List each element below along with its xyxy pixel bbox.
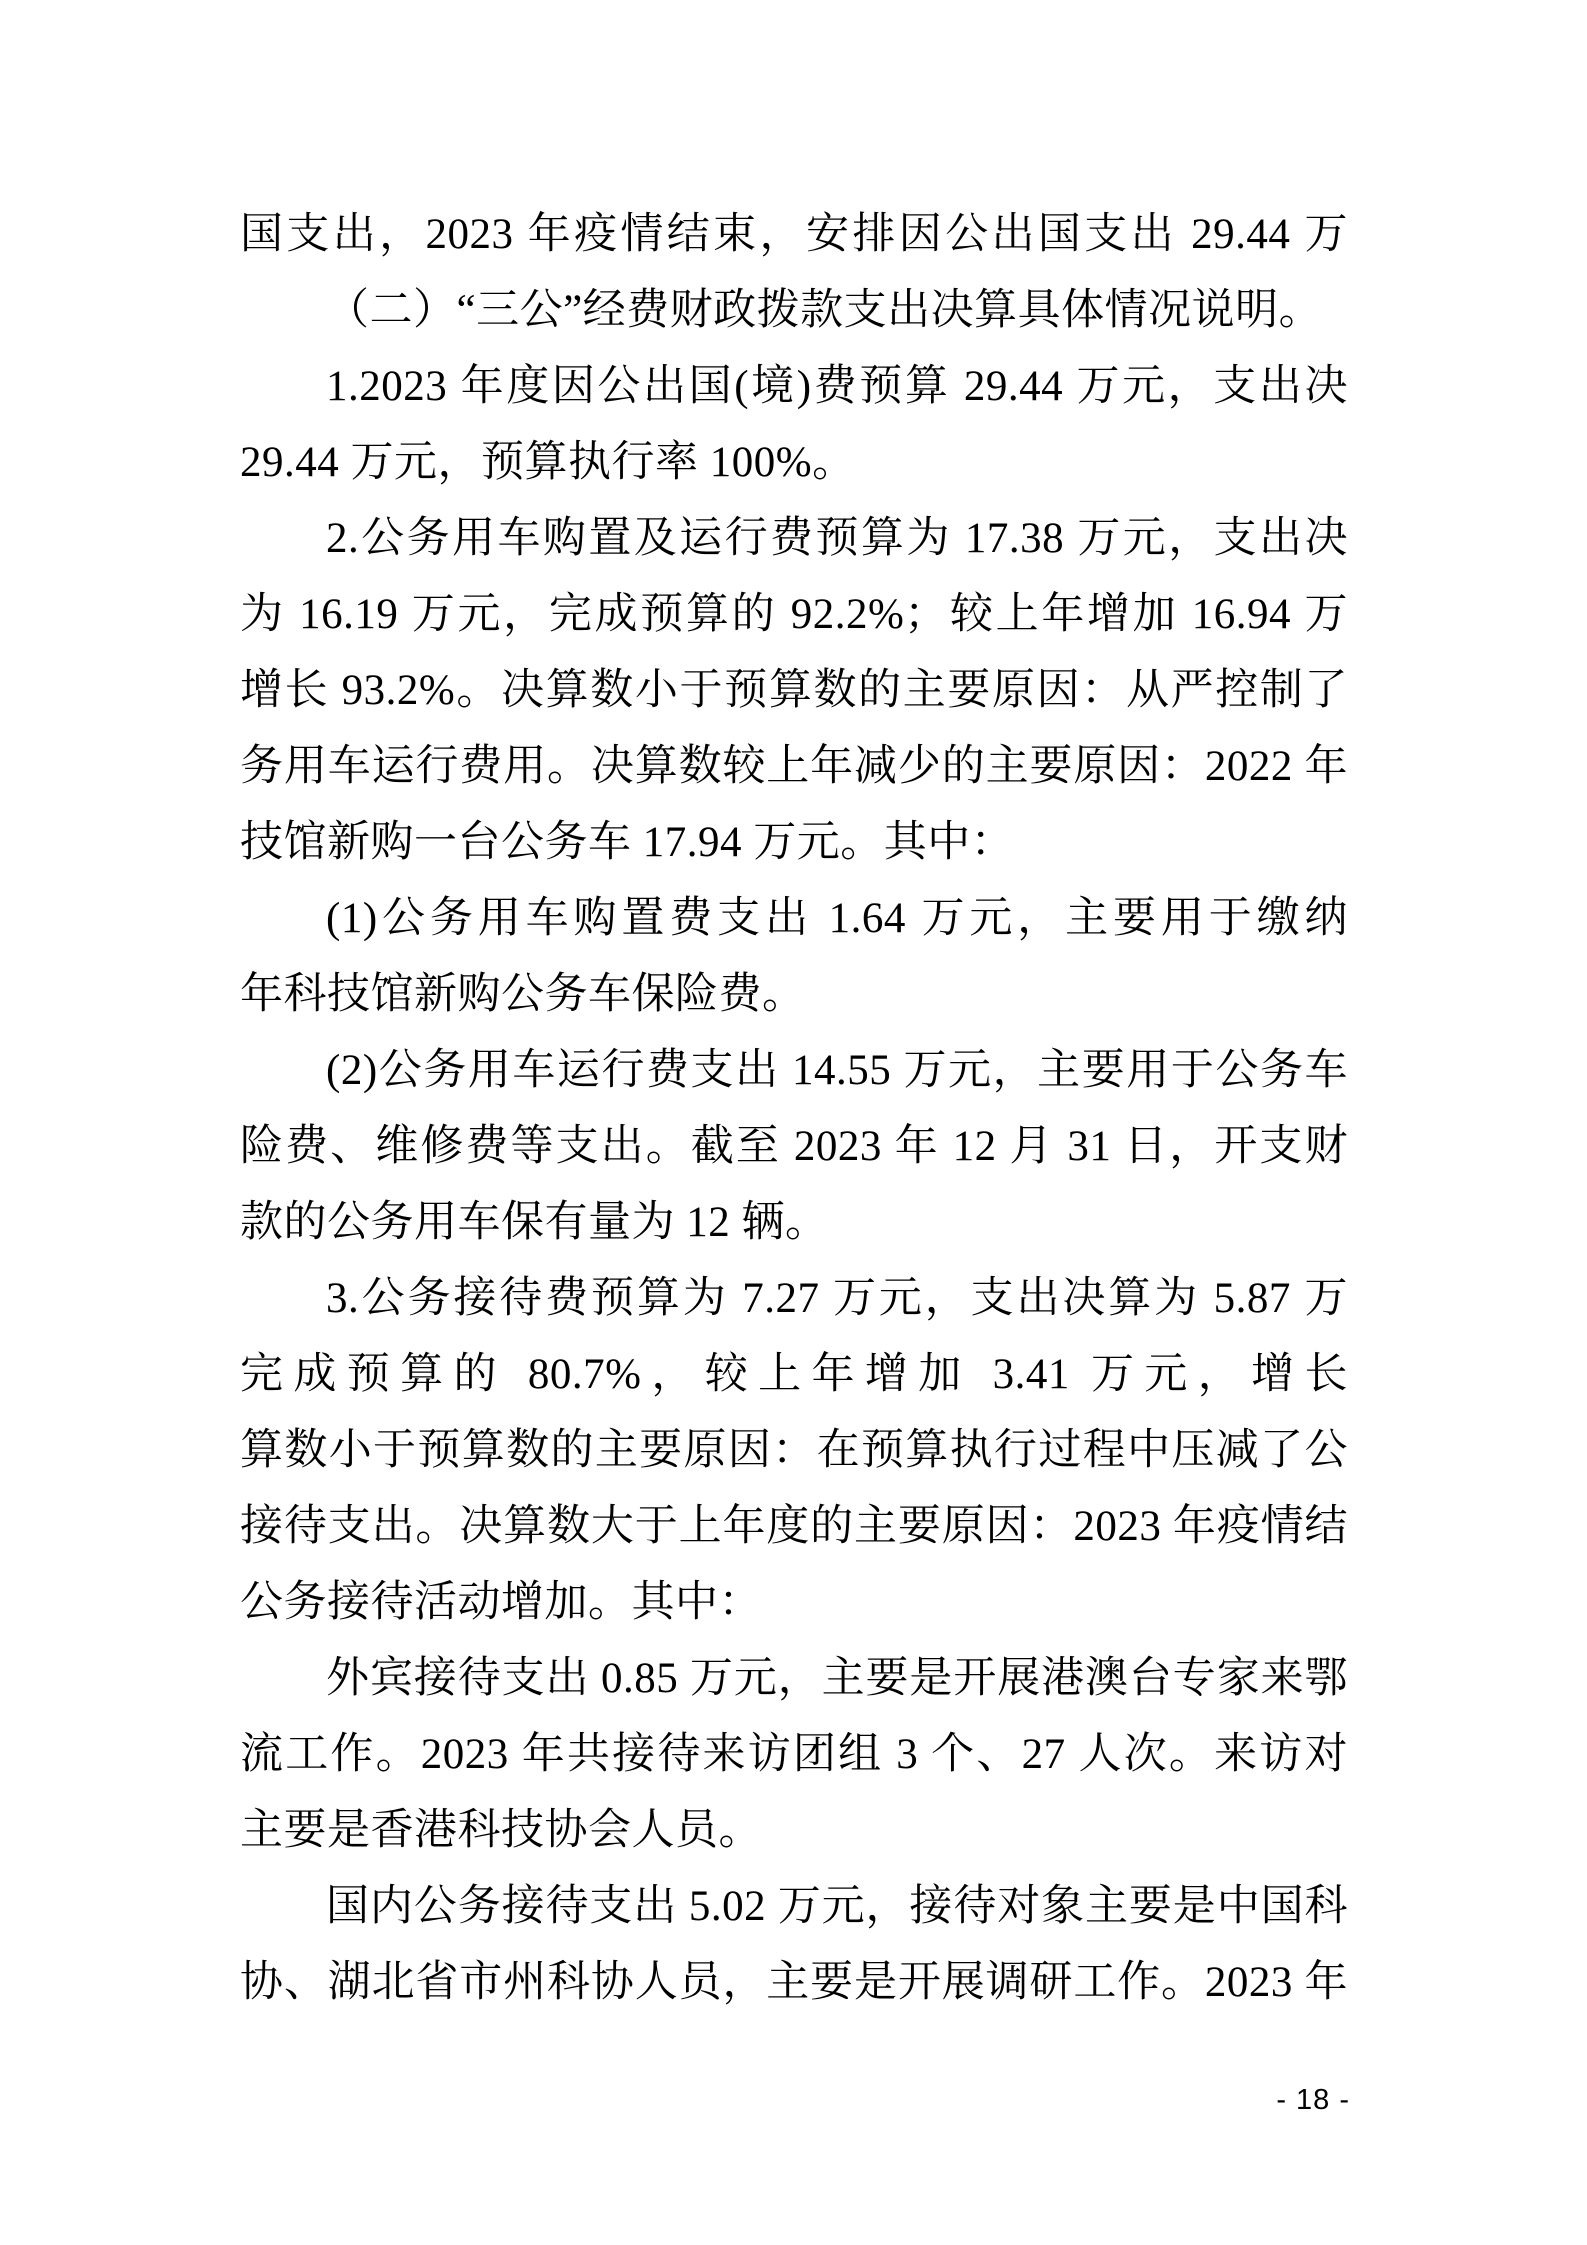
text-line: 公务接待活动增加。其中：	[240, 1565, 1348, 1641]
text-line: 险费、维修费等支出。截至 2023 年 12 月 31 日，开支财政拨	[240, 1109, 1348, 1185]
text-line: 29.44 万元，预算执行率 100%。	[240, 425, 1348, 501]
text-line: 增长 93.2%。决算数小于预算数的主要原因：从严控制了公	[240, 653, 1348, 729]
text-line: 务用车运行费用。决算数较上年减少的主要原因：2022 年科	[240, 729, 1348, 805]
document-body: 国支出，2023 年疫情结束，安排因公出国支出 29.44 万元。 （二）“三公…	[240, 197, 1348, 2021]
text-line: 外宾接待支出 0.85 万元，主要是开展港澳台专家来鄂交	[240, 1641, 1348, 1717]
text-line: 接待支出。决算数大于上年度的主要原因：2023 年疫情结束，	[240, 1489, 1348, 1565]
text-line: 为 16.19 万元，完成预算的 92.2%；较上年增加 16.94 万元，	[240, 577, 1348, 653]
document-page: 国支出，2023 年疫情结束，安排因公出国支出 29.44 万元。 （二）“三公…	[0, 0, 1587, 2245]
text-line: 技馆新购一台公务车 17.94 万元。其中：	[240, 805, 1348, 881]
text-line: (1)公务用车购置费支出 1.64 万元，主要用于缴纳 2022	[240, 881, 1348, 957]
text-line: 完成预算的 80.7%，较上年增加 3.41 万元，增长 138.6%。决	[240, 1337, 1348, 1413]
text-line: 国内公务接待支出 5.02 万元，接待对象主要是中国科	[240, 1869, 1348, 1945]
text-line: 主要是香港科技协会人员。	[240, 1793, 1348, 1869]
text-line: 3.公务接待费预算为 7.27 万元，支出决算为 5.87 万元，	[240, 1261, 1348, 1337]
page-number: - 18 -	[1276, 2082, 1350, 2118]
text-line: 2.公务用车购置及运行费预算为 17.38 万元，支出决算	[240, 501, 1348, 577]
text-line: 算数小于预算数的主要原因：在预算执行过程中压减了公务	[240, 1413, 1348, 1489]
text-line: 流工作。2023 年共接待来访团组 3 个、27 人次。来访对象	[240, 1717, 1348, 1793]
text-line: 年科技馆新购公务车保险费。	[240, 957, 1348, 1033]
section-heading: （二）“三公”经费财政拨款支出决算具体情况说明。	[240, 273, 1348, 349]
text-line: 协、湖北省市州科协人员，主要是开展调研工作。2023 年共	[240, 1945, 1348, 2021]
text-line: 国支出，2023 年疫情结束，安排因公出国支出 29.44 万元。	[240, 197, 1348, 273]
text-line: 款的公务用车保有量为 12 辆。	[240, 1185, 1348, 1261]
text-line: (2)公务用车运行费支出 14.55 万元，主要用于公务车保	[240, 1033, 1348, 1109]
text-line: 1.2023 年度因公出国(境)费预算 29.44 万元，支出决算	[240, 349, 1348, 425]
